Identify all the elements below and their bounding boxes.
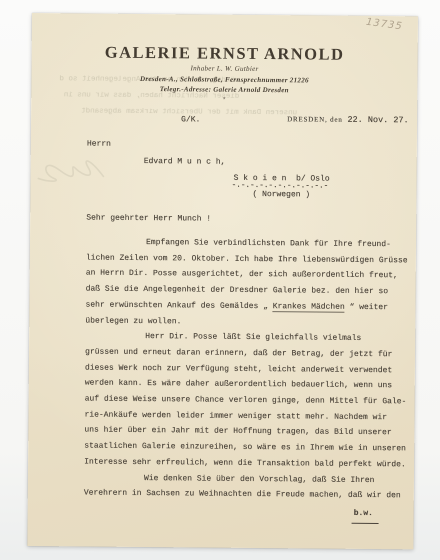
recipient-country: ( Norwegen ) [252,187,310,203]
quote-pre: sehr erwünschten Ankauf des Gemäldes „ [85,300,272,311]
letterhead: GALERIE ERNST ARNOLD Inhaber L. W. Gutbi… [32,13,418,16]
gallery-name: GALERIE ERNST ARNOLD [32,42,418,65]
painting-title: Krankes Mädchen [273,302,345,313]
body-line: Interesse sehr erfreulich, wenn die Tran… [84,454,416,473]
letterhead-mark: * [31,95,417,105]
salutation: Sehr geehrter Herr Munch ! [86,210,211,227]
turn-note: b.w. [352,506,379,524]
dateline-place: DRESDEN, den [287,115,343,123]
recipient-name: Edvard M u n c h, [144,154,226,170]
pencil-annotation: 13735 [365,17,403,33]
scan-background: 13735 würdig, werden an die Angelegenhei… [0,0,440,560]
letter-paper: 13735 würdig, werden an die Angelegenhei… [27,13,418,549]
quote-post: “ weiter [345,303,388,312]
letter-body: Empfangen Sie verbindlichsten Dank für I… [84,234,418,504]
recipient-block: Herrn Edvard M u n c h, S k o i e n b/ O… [32,13,418,16]
dateline: DRESDEN, den 22. Nov. 27. [287,112,409,129]
reference-code: G/K. [181,112,200,128]
body-line: überlegen zu wollen. [85,313,417,332]
recipient-herrn: Herrn [87,136,111,152]
body-line: Verehrern in Sachsen zu Weihnachten die … [84,486,416,505]
dateline-date: 22. Nov. 27. [347,115,408,126]
